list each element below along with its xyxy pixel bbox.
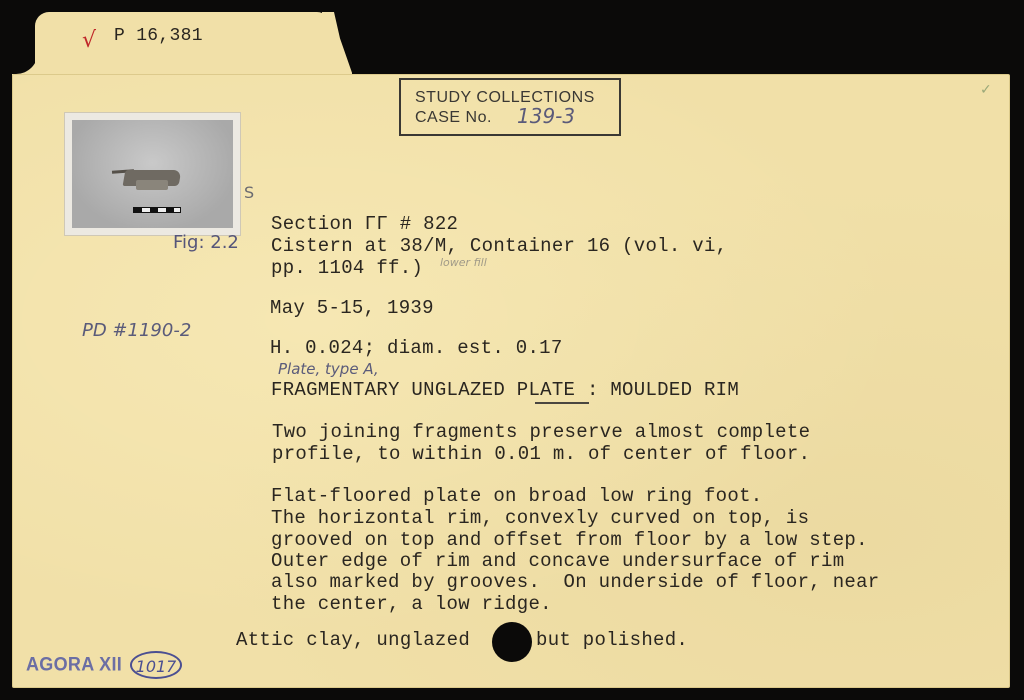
green-check-icon: ✓: [980, 82, 992, 98]
publication-stamp: AGORA XII: [26, 653, 122, 676]
type-note: Plate, type A,: [278, 360, 379, 378]
location-line-2: pp. 1104 ff.): [271, 258, 423, 279]
photo-image: [72, 120, 233, 228]
object-title: FRAGMENTARY UNGLAZED PLATE : MOULDED RIM: [271, 380, 739, 401]
paragraph2-line: grooved on top and offset from floor by …: [271, 530, 868, 551]
paragraph1-line: Two joining fragments preserve almost co…: [272, 422, 810, 443]
paragraph2-line: Flat-floored plate on broad low ring foo…: [271, 486, 762, 507]
clay-description-left: Attic clay, unglazed: [236, 630, 470, 651]
photo-margin-mark: S: [244, 183, 254, 202]
object-photo: [65, 113, 240, 235]
paragraph2-line: Outer edge of rim and concave undersurfa…: [271, 551, 844, 572]
location-line-1: Cistern at 38/M, Container 16 (vol. vi,: [271, 236, 727, 257]
date: May 5-15, 1939: [270, 298, 434, 319]
plate-underline: [535, 402, 589, 404]
scale-bar: [133, 207, 181, 213]
section-line: Section ΓΓ # 822: [271, 214, 458, 235]
lower-fill-note: lower fill: [440, 256, 487, 269]
paragraph2-line: the center, a low ridge.: [271, 594, 552, 615]
card-tab: [35, 12, 331, 82]
accession-number: P 16,381: [114, 26, 203, 47]
clay-description-right: but polished.: [536, 630, 688, 651]
paragraph2-line: also marked by grooves. On underside of …: [271, 572, 880, 593]
stamp-case-label: CASE No.: [415, 109, 492, 127]
red-check-icon: √: [82, 28, 96, 53]
stamp-case-number: 139-3: [517, 104, 575, 128]
figure-note: Fig: 2.2: [173, 232, 239, 253]
study-collections-stamp: STUDY COLLECTIONS CASE No. 139-3: [399, 78, 621, 136]
pd-note: PD #1190-2: [82, 320, 191, 341]
punch-hole: [492, 622, 532, 662]
sherd-foot: [136, 180, 168, 190]
card-tab-right-curve: [322, 12, 362, 78]
paragraph1-line: profile, to within 0.01 m. of center of …: [272, 444, 810, 465]
dimensions: H. 0.024; diam. est. 0.17: [270, 338, 563, 359]
paragraph2-line: The horizontal rim, convexly curved on t…: [271, 508, 809, 529]
publication-number: 1017: [130, 651, 182, 679]
